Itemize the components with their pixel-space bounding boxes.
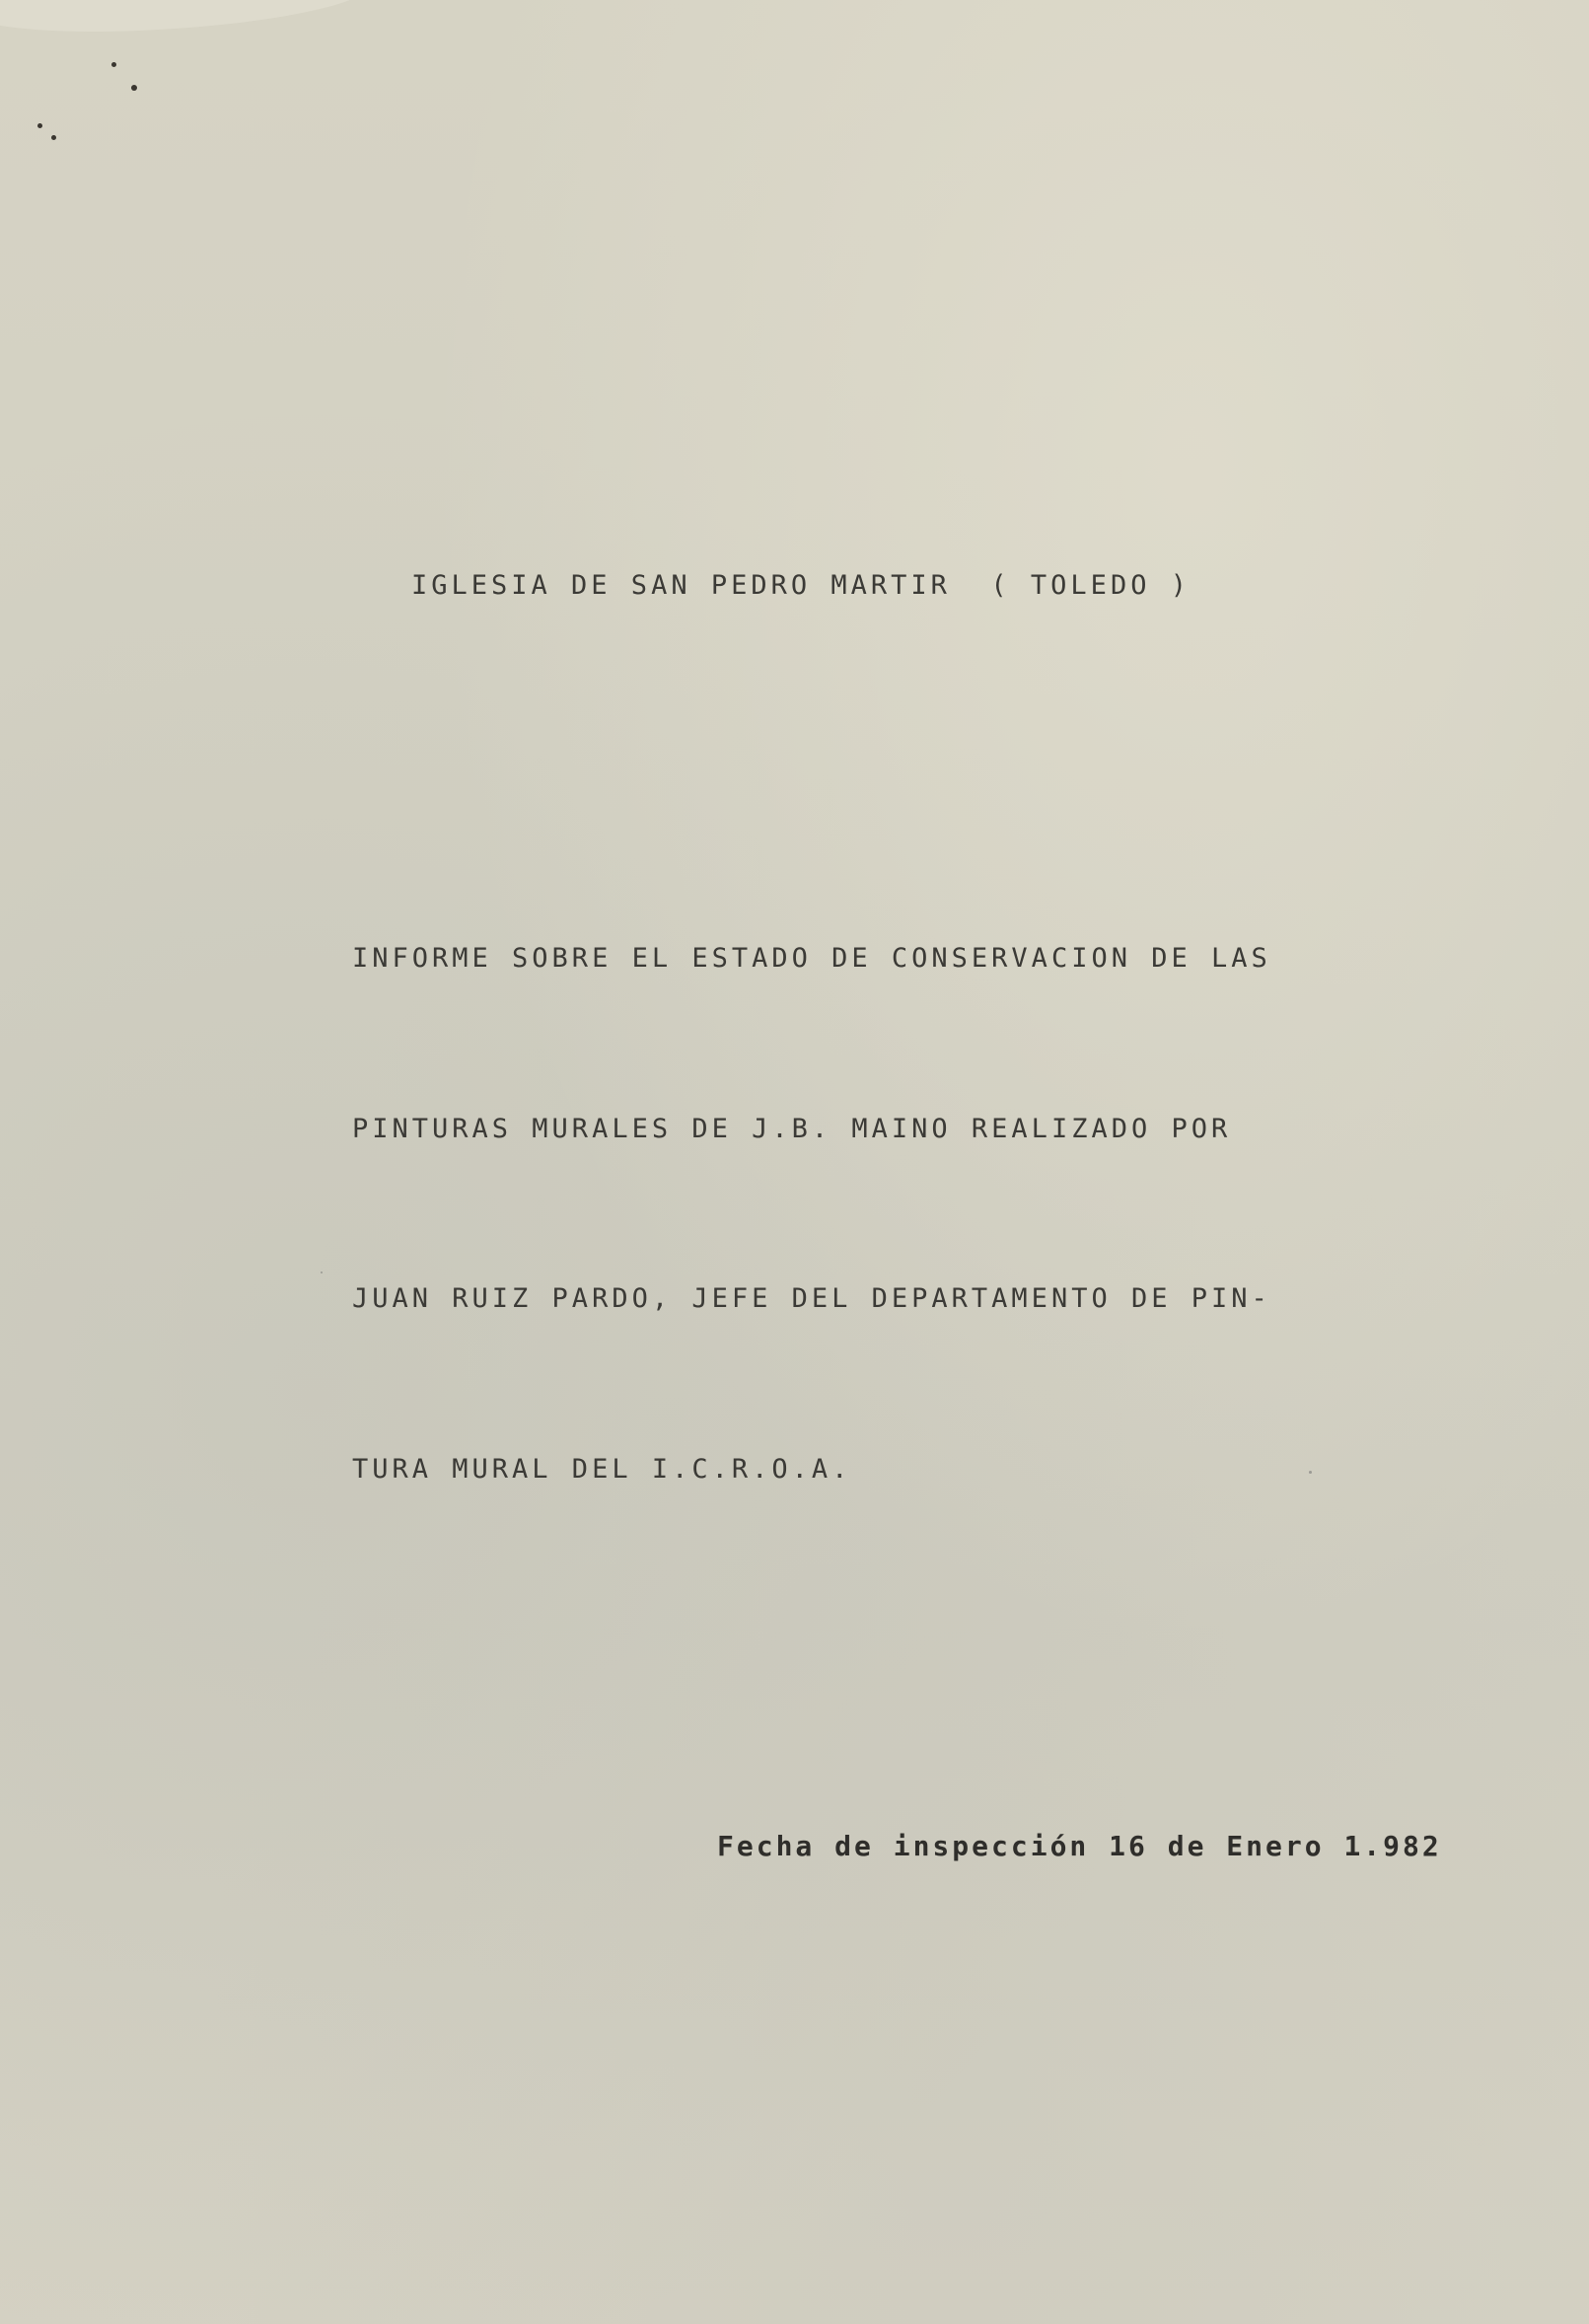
document-page: IGLESIA DE SAN PEDRO MARTIR ( TOLEDO ) I… xyxy=(0,0,1589,2324)
staple-hole-mark xyxy=(131,85,137,91)
body-line: INFORME SOBRE EL ESTADO DE CONSERVACION … xyxy=(352,930,1271,987)
staple-hole-mark xyxy=(111,62,116,67)
staple-hole-mark xyxy=(37,123,42,128)
inspection-date: Fecha de inspección 16 de Enero 1.982 xyxy=(717,1830,1442,1862)
paper-speck xyxy=(321,1271,323,1273)
paper-fold xyxy=(0,0,376,36)
body-line: JUAN RUIZ PARDO, JEFE DEL DEPARTAMENTO D… xyxy=(352,1271,1271,1328)
paper-speck xyxy=(1309,1471,1312,1474)
staple-hole-mark xyxy=(51,135,56,140)
document-title: IGLESIA DE SAN PEDRO MARTIR ( TOLEDO ) xyxy=(411,570,1191,601)
body-line: PINTURAS MURALES DE J.B. MAINO REALIZADO… xyxy=(352,1101,1271,1158)
body-line: TURA MURAL DEL I.C.R.O.A. xyxy=(352,1441,1271,1498)
report-description: INFORME SOBRE EL ESTADO DE CONSERVACION … xyxy=(352,817,1271,1611)
